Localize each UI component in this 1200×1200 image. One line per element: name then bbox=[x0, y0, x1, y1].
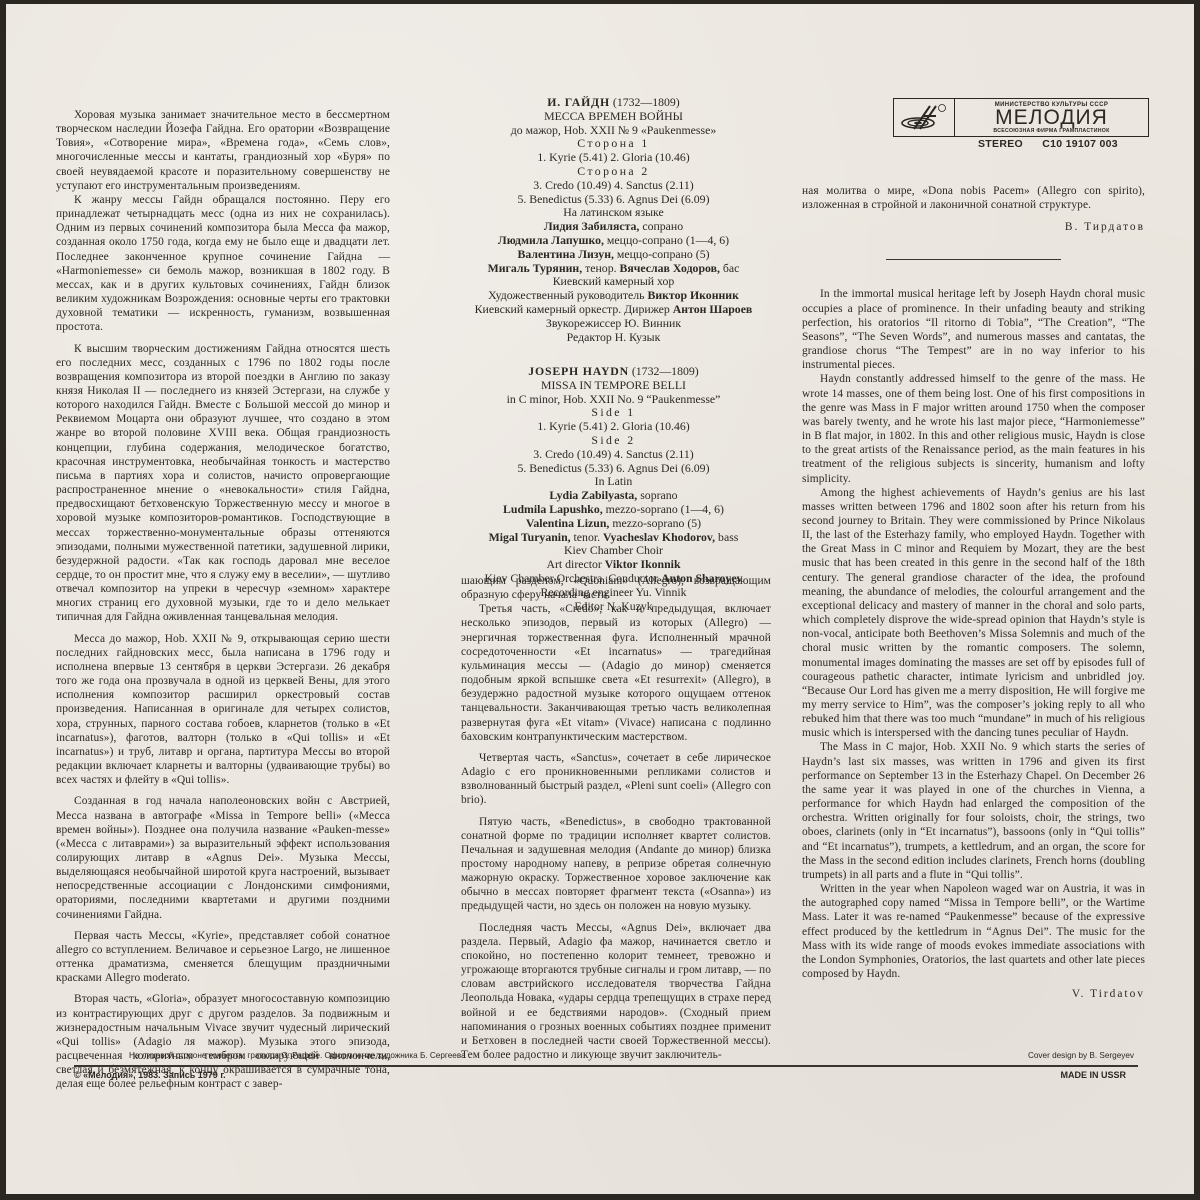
performer: Valentina Lizun, mezzo-soprano (5) bbox=[446, 517, 781, 531]
performer: Валентина Лизун, меццо-сопрано (5) bbox=[446, 248, 781, 262]
ru-cover-credits: На лицевой стороне конверта: гравюра О. … bbox=[129, 1051, 466, 1060]
side1-label: Сторона 1 bbox=[446, 137, 781, 151]
catalog-line: STEREO C10 19107 003 bbox=[978, 138, 1118, 150]
choir: Киевский камерный хор bbox=[446, 275, 781, 289]
paragraph: Пятую часть, «Benedictus», в свободно тр… bbox=[461, 815, 771, 914]
composer-dates: (1732—1809) bbox=[613, 95, 680, 109]
ru-signature: В. Тирдатов bbox=[802, 220, 1145, 234]
made-in-label: MADE IN USSR bbox=[1060, 1070, 1126, 1080]
side2-tracks: 3. Credo (10.49) 4. Sanctus (2.11) bbox=[446, 448, 781, 462]
art-director: Art director Viktor Ikonnik bbox=[446, 558, 781, 572]
side1-tracks: 1. Kyrie (5.41) 2. Gloria (10.46) bbox=[446, 151, 781, 165]
performer: Людмила Лапушко, меццо-сопрано (1—4, 6) bbox=[446, 234, 781, 248]
paragraph: ная молитва о мире, «Dona nobis Pacem» (… bbox=[802, 184, 1145, 212]
side2-tracks: 3. Credo (10.49) 4. Sanctus (2.11) bbox=[446, 179, 781, 193]
record-sleeve-back: МИНИСТЕРСТВО КУЛЬТУРЫ СССР МЕЛОДИЯ ВСЕСО… bbox=[6, 4, 1194, 1194]
paragraph: К жанру мессы Гайдн обращался постоянно.… bbox=[56, 193, 390, 335]
paragraph: The Mass in C major, Hob. XXII No. 9 whi… bbox=[802, 740, 1145, 882]
footer-divider bbox=[74, 1065, 1138, 1067]
paragraph: К высшим творческим достижениям Гайдна о… bbox=[56, 342, 390, 625]
firm-label: ВСЕСОЮЗНАЯ ФИРМА ГРАМПЛАСТИНОК bbox=[993, 128, 1109, 134]
side2-tracks: 5. Benedictus (5.33) 6. Agnus Dei (6.09) bbox=[446, 193, 781, 207]
copyright: © «Мелодия», 1983. Запись 1979 г. bbox=[74, 1070, 226, 1080]
paragraph: Among the highest achievements of Haydn’… bbox=[802, 486, 1145, 741]
work-title: МЕССА ВРЕМЕН ВОЙНЫ bbox=[446, 110, 781, 124]
paragraph: Written in the year when Napoleon waged … bbox=[802, 882, 1145, 981]
side2-tracks: 5. Benedictus (5.33) 6. Agnus Dei (6.09) bbox=[446, 462, 781, 476]
side1-label: Side 1 bbox=[446, 406, 781, 420]
paragraph: In the immortal musical heritage left by… bbox=[802, 287, 1145, 372]
art-director: Художественный руководитель Виктор Иконн… bbox=[446, 289, 781, 303]
composer-name: JOSEPH HAYDN bbox=[528, 364, 629, 378]
paragraph: шающим разделом, «Quoniam» (Allegro), во… bbox=[461, 574, 771, 602]
ru-credits: И. ГАЙДН (1732—1809) МЕССА ВРЕМЕН ВОЙНЫ … bbox=[446, 96, 781, 344]
format-label: STEREO bbox=[978, 138, 1023, 150]
melodiya-record-icon bbox=[894, 99, 955, 136]
catalog-number: C10 19107 003 bbox=[1042, 138, 1118, 150]
ru-liner-notes-mid: шающим разделом, «Quoniam» (Allegro), во… bbox=[461, 574, 771, 1062]
side1-tracks: 1. Kyrie (5.41) 2. Gloria (10.46) bbox=[446, 420, 781, 434]
side2-label: Side 2 bbox=[446, 434, 781, 448]
editor: Редактор Н. Кузык bbox=[446, 331, 781, 345]
language-note: На латинском языке bbox=[446, 206, 781, 220]
melodiya-logo: МИНИСТЕРСТВО КУЛЬТУРЫ СССР МЕЛОДИЯ ВСЕСО… bbox=[893, 98, 1149, 137]
performer: Мигаль Турянин, тенор. Вячеслав Ходоров,… bbox=[446, 262, 781, 276]
paragraph: Последняя часть Мессы, «Agnus Dei», вклю… bbox=[461, 921, 771, 1063]
paragraph: Первая часть Мессы, «Kyrie», представляе… bbox=[56, 929, 390, 986]
choir: Kiev Chamber Choir bbox=[446, 544, 781, 558]
paragraph: Месса до мажор, Hob. XXII № 9, открывающ… bbox=[56, 632, 390, 788]
side2-label: Сторона 2 bbox=[446, 165, 781, 179]
paragraph: Созданная в год начала наполеоновских во… bbox=[56, 794, 390, 921]
language-note: In Latin bbox=[446, 475, 781, 489]
paragraph: Хоровая музыка занимает значительное мес… bbox=[56, 108, 390, 193]
ru-liner-notes-left: Хоровая музыка занимает значительное мес… bbox=[56, 108, 390, 1091]
work-subtitle: in C minor, Hob. XXII No. 9 “Paukenmesse… bbox=[446, 393, 781, 407]
composer-name: И. ГАЙДН bbox=[547, 95, 610, 109]
en-signature: V. Tirdatov bbox=[802, 987, 1145, 1001]
composer-dates: (1732—1809) bbox=[632, 364, 699, 378]
performer: Lydia Zabilyasta, soprano bbox=[446, 489, 781, 503]
liner-notes-right: ная молитва о мире, «Dona nobis Pacem» (… bbox=[802, 184, 1145, 1001]
work-subtitle: до мажор, Hob. XXII № 9 «Paukenmesse» bbox=[446, 124, 781, 138]
orchestra: Киевский камерный оркестр. Дирижер Антон… bbox=[446, 303, 781, 317]
performer: Лидия Забиляста, сопрано bbox=[446, 220, 781, 234]
performer: Ludmila Lapushko, mezzo-soprano (1—4, 6) bbox=[446, 503, 781, 517]
paragraph: Haydn constantly addressed himself to th… bbox=[802, 372, 1145, 485]
paragraph: Третья часть, «Credo», как и предыдущая,… bbox=[461, 602, 771, 744]
performer: Migal Turyanin, tenor. Vyacheslav Khodor… bbox=[446, 531, 781, 545]
work-title: MISSA IN TEMPORE BELLI bbox=[446, 379, 781, 393]
engineer: Звукорежиссер Ю. Винник bbox=[446, 317, 781, 331]
en-cover-credits: Cover design by B. Sergeyev bbox=[1028, 1051, 1134, 1060]
divider bbox=[886, 259, 1061, 260]
paragraph: Четвертая часть, «Sanctus», сочетает в с… bbox=[461, 751, 771, 808]
brand-name: МЕЛОДИЯ bbox=[995, 108, 1108, 128]
